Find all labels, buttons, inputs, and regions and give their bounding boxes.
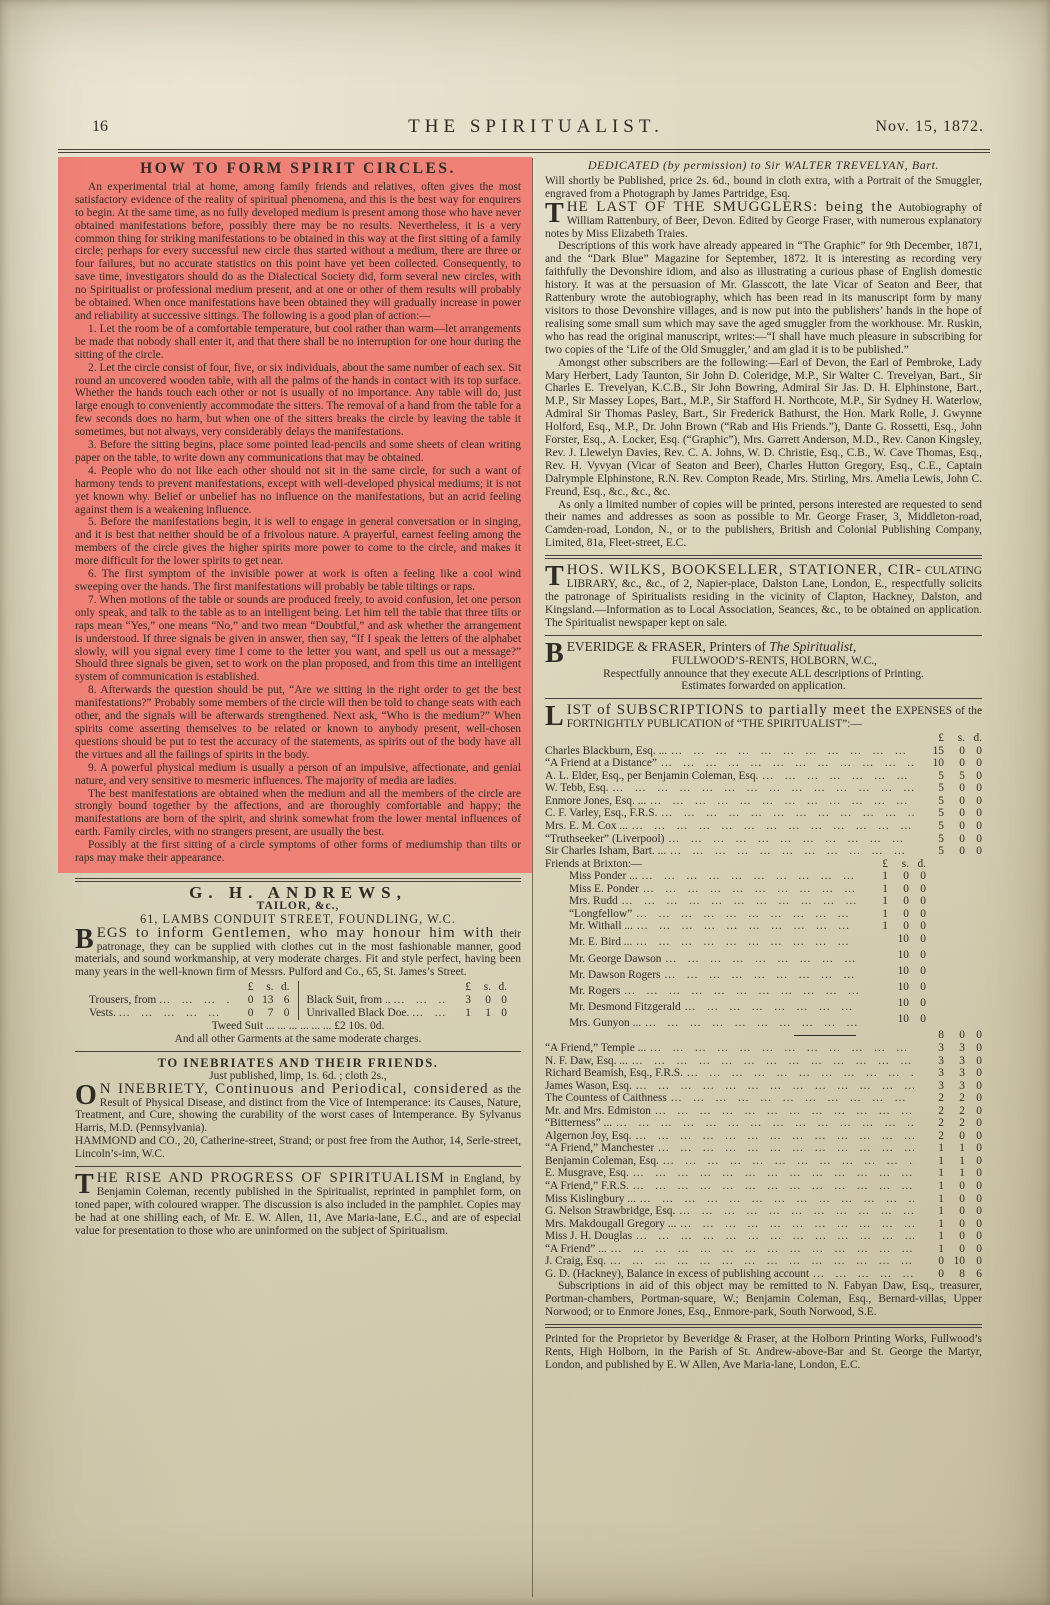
subscription-row: Mr. Desmond Fitzgerald 100 bbox=[545, 997, 982, 1013]
highlight-overlay: HOW TO FORM SPIRIT CIRCLES. An experimen… bbox=[58, 157, 532, 873]
drop-cap: B bbox=[75, 927, 97, 951]
remittance-note: Subscriptions in aid of this object may … bbox=[545, 1280, 982, 1319]
subscription-row: “Truthseeker” (Liverpool) 500 bbox=[545, 833, 982, 846]
subscriptions-table: £s.d. Charles Blackburn, Esq. ... 1500 “… bbox=[545, 732, 982, 1280]
subscription-row: C. F. Varley, Esq., F.R.S. 500 bbox=[545, 807, 982, 820]
dot-leader bbox=[636, 908, 858, 921]
dot-leader bbox=[813, 1268, 914, 1281]
section-rule bbox=[75, 1051, 521, 1052]
ad-body: ON INEBRIETY, Continuous and Periodical,… bbox=[75, 1083, 521, 1136]
drop-cap: T bbox=[545, 201, 567, 225]
price-row: Trousers, from0136 bbox=[89, 994, 290, 1007]
subscription-row: E. Musgrave, Esq. 110 bbox=[545, 1167, 982, 1180]
rise-progress-ad: THE RISE AND PROGRESS OF SPIRITUALISM in… bbox=[75, 1172, 521, 1238]
subscription-row: Mr. Dawson Rogers 100 bbox=[545, 965, 982, 981]
instruction-item: 4. People who do not like each other sho… bbox=[75, 465, 521, 517]
publisher-note: HAMMOND and CO., 20, Catherine-street, S… bbox=[75, 1135, 521, 1161]
instruction-item: 5. Before the manifestations begin, it i… bbox=[75, 516, 521, 568]
page-number: 16 bbox=[92, 118, 108, 136]
subscription-row: Mrs. Rudd 100 bbox=[545, 895, 982, 908]
subscription-row: Mrs. Gunyon ... 100 bbox=[545, 1013, 982, 1029]
printer-estimates: Estimates forwarded on application. bbox=[545, 680, 982, 693]
right-column: DEDICATED (by permission) to Sir WALTER … bbox=[532, 158, 982, 1597]
article-closing: The best manifestations are obtained whe… bbox=[75, 788, 521, 840]
dot-leader bbox=[622, 895, 858, 908]
dot-leader bbox=[670, 845, 914, 858]
dot-leader bbox=[661, 757, 914, 770]
ad-body: THOS. WILKS, BOOKSELLER, STATIONER, CIR-… bbox=[545, 564, 982, 630]
subscription-row: “A Friend,” Temple ... 330 bbox=[545, 1042, 982, 1055]
publication-note: Will shortly be Published, price 2s. 6d.… bbox=[545, 175, 982, 201]
dot-leader bbox=[645, 1017, 858, 1030]
ad-body: BEGS to inform Gentlemen, who may honour… bbox=[75, 927, 521, 980]
subscription-row: Mr. and Mrs. Edmiston 220 bbox=[545, 1105, 982, 1118]
subscription-row: G. D. (Hackney), Balance in excess of pu… bbox=[545, 1268, 982, 1281]
article-closing: Possibly at the first sitting of a circl… bbox=[75, 839, 521, 865]
price-column-left: £s.d. Trousers, from0136 Vests.070 bbox=[89, 981, 290, 1020]
subscription-row: Mrs. E. M. Cox ... 500 bbox=[545, 820, 982, 833]
dot-leader bbox=[616, 1117, 914, 1130]
subscription-row: Miss Ponder ... 100 bbox=[545, 870, 982, 883]
subscription-row: Mr. Withall ... 100 bbox=[545, 920, 982, 933]
dot-leader bbox=[632, 1055, 914, 1068]
subtotal-rule bbox=[794, 1035, 856, 1036]
instruction-list: 1. Let the room be of a comfortable temp… bbox=[75, 323, 521, 788]
dot-leader bbox=[633, 1180, 914, 1193]
dot-leader bbox=[633, 1167, 914, 1180]
page-header: 16 THE SPIRITUALIST. Nov. 15, 1872. bbox=[88, 116, 984, 144]
subscription-row: Mrs. Makdougall Gregory ... 100 bbox=[545, 1218, 982, 1231]
dot-leader bbox=[668, 833, 914, 846]
subscription-row: Miss E. Ponder 100 bbox=[545, 883, 982, 896]
subscription-row: Richard Beamish, Esq., F.R.S. 330 bbox=[545, 1067, 982, 1080]
price-row: Unrivalled Black Doe.110 bbox=[307, 1007, 508, 1020]
beveridge-ad: BEVERIDGE & FRASER, Printers of The Spir… bbox=[545, 641, 982, 694]
article-title: HOW TO FORM SPIRIT CIRCLES. bbox=[75, 163, 521, 176]
subscription-row: N. F. Daw, Esq. ... 330 bbox=[545, 1055, 982, 1068]
dot-leader bbox=[680, 1218, 914, 1231]
instruction-item: 6. The first symptom of the invisible po… bbox=[75, 568, 521, 594]
dot-leader bbox=[664, 969, 858, 982]
subscription-row: Mr. George Dawson 100 bbox=[545, 949, 982, 965]
dot-leader bbox=[636, 1080, 914, 1093]
left-column: HOW TO FORM SPIRIT CIRCLES. An experimen… bbox=[75, 158, 532, 1597]
dot-leader bbox=[637, 920, 858, 933]
subscription-row: The Countess of Caithness 220 bbox=[545, 1092, 982, 1105]
subscription-row: G. Nelson Strawbridge, Esq. 100 bbox=[545, 1205, 982, 1218]
section-rule bbox=[545, 635, 982, 636]
ad-body: THE RISE AND PROGRESS OF SPIRITUALISM in… bbox=[75, 1172, 521, 1238]
dot-leader bbox=[650, 1042, 914, 1055]
article-intro: An experimental trial at home, among fam… bbox=[75, 181, 521, 323]
instruction-item: 9. A powerful physical medium is usually… bbox=[75, 762, 521, 788]
drop-cap: T bbox=[545, 564, 567, 588]
dedication-line: DEDICATED (by permission) to Sir WALTER … bbox=[545, 159, 982, 172]
printer-address: FULLWOOD’S-RENTS, HOLBORN, W.C., bbox=[545, 655, 982, 668]
price-column-right: £s.d. Black Suit, from ..300 Unrivalled … bbox=[298, 981, 508, 1020]
dot-leader bbox=[643, 883, 858, 896]
dot-leader bbox=[412, 1007, 446, 1020]
subscription-row: Sir Charles Isham, Bart. ... 500 bbox=[545, 845, 982, 858]
dot-leader bbox=[661, 807, 914, 820]
subscription-row: Enmore Jones, Esq. ... 500 bbox=[545, 795, 982, 808]
section-rule bbox=[75, 878, 521, 882]
drop-cap: L bbox=[545, 704, 567, 728]
subscription-row: Miss J. H. Douglas 100 bbox=[545, 1230, 982, 1243]
instruction-item: 1. Let the room be of a comfortable temp… bbox=[75, 323, 521, 362]
subscription-row: W. Tebb, Esq. 500 bbox=[545, 782, 982, 795]
subscription-row: A. L. Elder, Esq., per Benjamin Coleman,… bbox=[545, 770, 982, 783]
book-description: Descriptions of this work have already a… bbox=[545, 240, 982, 356]
drop-cap: B bbox=[545, 641, 567, 665]
dot-leader bbox=[611, 1243, 914, 1256]
subscription-row: “A Friend at a Distance” 1000 bbox=[545, 757, 982, 770]
section-rule bbox=[75, 1166, 521, 1167]
dot-leader bbox=[679, 1205, 914, 1218]
instruction-item: 7. When motions of the table or sounds a… bbox=[75, 594, 521, 684]
printer-heading: BEVERIDGE & FRASER, Printers of The Spir… bbox=[545, 641, 982, 655]
dot-leader bbox=[632, 820, 914, 833]
dot-leader bbox=[663, 1155, 914, 1168]
order-instructions: As only a limited number of copies will … bbox=[545, 499, 982, 551]
tweed-price-line: Tweed Suit ... ... ... ... ... ... £2 10… bbox=[75, 1020, 521, 1033]
inebriates-ad: TO INEBRIATES AND THEIR FRIENDS. Just pu… bbox=[75, 1057, 521, 1161]
masthead-title: THE SPIRITUALIST. bbox=[408, 116, 664, 138]
dot-leader bbox=[665, 953, 858, 966]
dot-leader bbox=[636, 1130, 914, 1143]
ad-note: And all other Garments at the same moder… bbox=[75, 1033, 521, 1046]
advertiser-trade: TAILOR, &c., bbox=[75, 900, 521, 913]
printer-imprint: Printed for the Proprietor by Beveridge … bbox=[545, 1333, 982, 1372]
subscription-row: 800 bbox=[545, 1029, 982, 1042]
dot-leader bbox=[685, 1001, 858, 1014]
subscription-row: “A Friend,” Manchester 110 bbox=[545, 1142, 982, 1155]
section-rule bbox=[545, 555, 982, 559]
dot-leader bbox=[636, 936, 858, 949]
subscription-row: Mr. Rogers 100 bbox=[545, 981, 982, 997]
wilks-ad: THOS. WILKS, BOOKSELLER, STATIONER, CIR-… bbox=[545, 564, 982, 630]
imprint-rule bbox=[545, 1324, 982, 1328]
price-table: £s.d. Trousers, from0136 Vests.070 £s.d. bbox=[75, 981, 521, 1046]
newspaper-page: 16 THE SPIRITUALIST. Nov. 15, 1872. HOW … bbox=[0, 0, 1050, 1605]
smugglers-ad: DEDICATED (by permission) to Sir WALTER … bbox=[545, 159, 982, 550]
subscriptions-section: LIST of SUBSCRIPTIONS to partially meet … bbox=[545, 704, 982, 1319]
book-heading: THE LAST OF THE SMUGGLERS: being the Aut… bbox=[545, 201, 982, 241]
dot-leader bbox=[612, 782, 914, 795]
printer-announcement: Respectfully announce that they execute … bbox=[545, 668, 982, 681]
dot-leader bbox=[687, 1067, 914, 1080]
columns: HOW TO FORM SPIRIT CIRCLES. An experimen… bbox=[75, 158, 982, 1597]
subscription-row: James Wason, Esq. 330 bbox=[545, 1080, 982, 1093]
subscription-row: Charles Blackburn, Esq. ... 1500 bbox=[545, 745, 982, 758]
dot-leader bbox=[636, 1230, 914, 1243]
drop-cap: T bbox=[75, 1172, 97, 1196]
subscription-row: £s.d. bbox=[545, 732, 982, 745]
dot-leader bbox=[655, 1105, 914, 1118]
dot-leader bbox=[642, 870, 858, 883]
dot-leader bbox=[671, 1092, 914, 1105]
issue-date: Nov. 15, 1872. bbox=[875, 118, 984, 136]
subscription-row: “Longfellow” 100 bbox=[545, 908, 982, 921]
section-rule bbox=[545, 698, 982, 699]
subscription-row: Mr. E. Bird ... 100 bbox=[545, 933, 982, 949]
instruction-item: 2. Let the circle consist of four, five,… bbox=[75, 362, 521, 439]
instruction-item: 3. Before the sitting begins, place some… bbox=[75, 439, 521, 465]
dot-leader bbox=[658, 1142, 914, 1155]
subscription-row: “Bitterness” ... 220 bbox=[545, 1117, 982, 1130]
ad-heading: TO INEBRIATES AND THEIR FRIENDS. bbox=[75, 1057, 521, 1070]
dot-leader bbox=[394, 994, 446, 1007]
dot-leader bbox=[159, 994, 228, 1007]
dot-leader bbox=[640, 1193, 914, 1206]
instruction-item: 8. Afterwards the question should be put… bbox=[75, 684, 521, 761]
subscription-row: “A Friend” ... 100 bbox=[545, 1243, 982, 1256]
subscription-row: J. Craig, Esq. 0100 bbox=[545, 1255, 982, 1268]
subscription-row: Benjamin Coleman, Esq. 110 bbox=[545, 1155, 982, 1168]
dot-leader bbox=[610, 1255, 914, 1268]
advertiser-name: G. H. ANDREWS, bbox=[75, 887, 521, 900]
dot-leader bbox=[624, 985, 858, 998]
dot-leader bbox=[119, 1007, 229, 1020]
subscription-row: Friends at Brixton:— £s.d. bbox=[545, 858, 982, 871]
subscriber-list: Amongst other subscribers are the follow… bbox=[545, 357, 982, 499]
dot-leader bbox=[762, 770, 914, 783]
drop-cap: O bbox=[75, 1083, 100, 1107]
subscription-row: “A Friend,” F.R.S. 100 bbox=[545, 1180, 982, 1193]
header-rule bbox=[58, 149, 990, 153]
price-row: Vests.070 bbox=[89, 1007, 290, 1020]
andrews-ad: G. H. ANDREWS, TAILOR, &c., 61, LAMBS CO… bbox=[75, 887, 521, 1046]
subscription-row: Algernon Joy, Esq. 200 bbox=[545, 1130, 982, 1143]
dot-leader bbox=[671, 745, 914, 758]
subscription-row: Miss Kislingbury ... 100 bbox=[545, 1193, 982, 1206]
subscriptions-heading: LIST of SUBSCRIPTIONS to partially meet … bbox=[545, 704, 982, 731]
dot-leader bbox=[650, 795, 914, 808]
price-row: Black Suit, from ..300 bbox=[307, 994, 508, 1007]
